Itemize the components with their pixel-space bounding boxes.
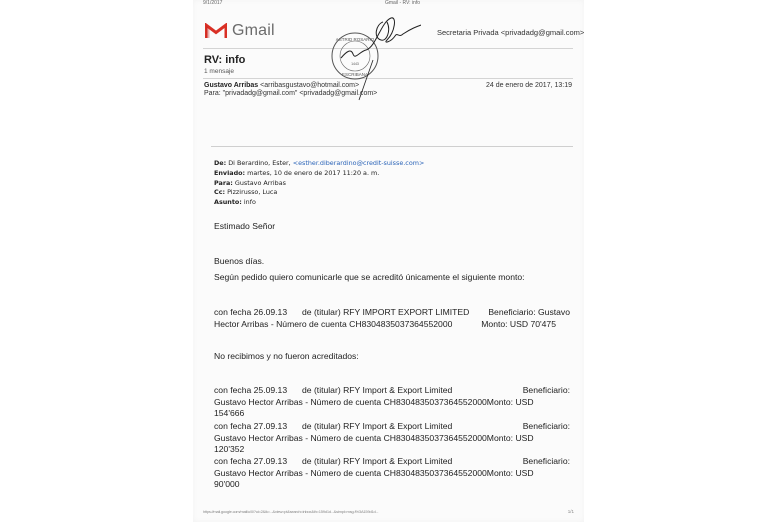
message-count: 1 mensaje: [204, 68, 234, 75]
forwarded-cc: Cc: Pizzirusso, Luca: [214, 188, 424, 198]
salutation: Buenos días.: [214, 256, 264, 266]
intro-text: Según pedido quiero comunicarle que se a…: [214, 272, 525, 282]
print-footer-url: https://mail.google.com/mail/u/0/?ui=2&i…: [203, 509, 378, 514]
message-date: 24 de enero de 2017, 13:19: [486, 82, 572, 89]
sender-name: Gustavo Arribas: [204, 82, 258, 89]
print-header-title: Gmail - RV: info: [385, 0, 420, 6]
notary-stamp-signature: ASTRID ROSARIO ESCRIBANA 1443: [321, 12, 421, 102]
not-received-transfer: con fecha 27.09.13 de (titular) RFY Impo…: [214, 421, 570, 456]
svg-text:1443: 1443: [351, 62, 359, 66]
greeting: Estimado Señor: [214, 221, 275, 231]
gmail-m-icon: [205, 23, 227, 39]
forwarded-to: Para: Gustavo Arribas: [214, 179, 424, 189]
forwarded-sent: Enviado: martes, 10 de enero de 2017 11:…: [214, 169, 424, 179]
svg-text:ASTRID ROSARIO: ASTRID ROSARIO: [336, 37, 375, 42]
forwarded-headers: De: Di Berardino, Ester, <esther.diberar…: [214, 159, 424, 208]
not-received-intro: No recibimos y no fueron acreditados:: [214, 351, 359, 361]
forwarded-from: De: Di Berardino, Ester, <esther.diberar…: [214, 159, 424, 169]
account-label: Secretaria Privada <privadadg@gmail.com>: [437, 28, 584, 37]
gmail-logo-text: Gmail: [232, 22, 275, 40]
not-received-transfer: con fecha 25.09.13 de (titular) RFY Impo…: [214, 385, 570, 420]
thread-subject: RV: info: [204, 54, 245, 66]
forwarded-from-email-link[interactable]: <esther.diberardino@credit-suisse.com>: [293, 159, 425, 167]
print-header-date: 9/1/2017: [203, 0, 222, 6]
credited-transfer: con fecha 26.09.13 de (titular) RFY IMPO…: [214, 307, 570, 330]
gmail-logo: Gmail: [205, 22, 275, 40]
forward-divider: [211, 146, 573, 147]
print-footer-page: 1/1: [568, 509, 574, 514]
not-received-transfer: con fecha 27.09.13 de (titular) RFY Impo…: [214, 456, 570, 491]
printed-page: 9/1/2017 Gmail - RV: info Gmail Secretar…: [193, 0, 584, 522]
forwarded-subject: Asunto: info: [214, 198, 424, 208]
svg-text:ESCRIBANA: ESCRIBANA: [342, 72, 368, 77]
